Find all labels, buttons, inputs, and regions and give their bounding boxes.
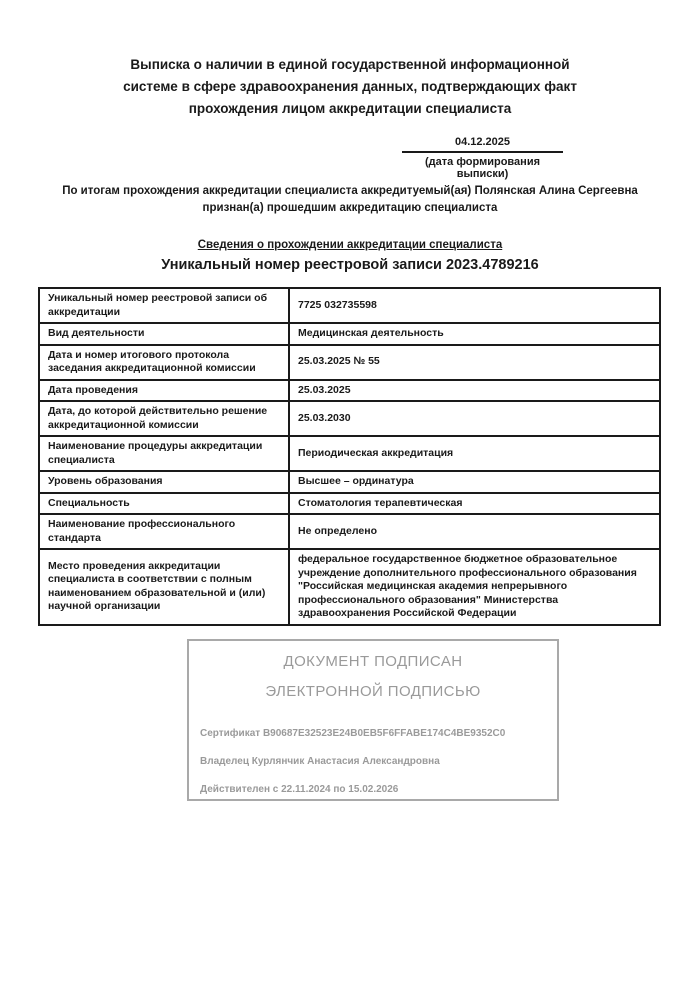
table-row: Дата и номер итогового протокола заседан… (39, 345, 660, 380)
table-row: Наименование процедуры аккредитации спец… (39, 436, 660, 471)
extract-date: 04.12.2025 (402, 136, 563, 153)
row-label: Вид деятельности (39, 323, 289, 345)
row-label: Место проведения аккредитации специалист… (39, 549, 289, 625)
table-row: Специальность Стоматология терапевтическ… (39, 493, 660, 515)
table-row: Уникальный номер реестровой записи об ак… (39, 288, 660, 323)
row-value: федеральное государственное бюджетное об… (289, 549, 660, 625)
table-row: Наименование профессионального стандарта… (39, 514, 660, 549)
signature-validity: Действителен с 22.11.2024 по 15.02.2026 (200, 783, 546, 796)
row-value: 7725 032735598 (289, 288, 660, 323)
intro-line: По итогам прохождения аккредитации специ… (30, 183, 670, 200)
table-row: Уровень образования Высшее – ординатура (39, 471, 660, 493)
document-page: Выписка о наличии в единой государственн… (0, 0, 700, 1000)
row-label: Дата, до которой действительно решение а… (39, 401, 289, 436)
row-label: Дата проведения (39, 380, 289, 402)
registry-number-heading: Уникальный номер реестровой записи 2023.… (0, 257, 700, 273)
row-label: Уровень образования (39, 471, 289, 493)
signature-header-line: ЭЛЕКТРОННОЙ ПОДПИСЬЮ (189, 677, 557, 707)
extract-date-caption: (дата формирования выписки) (402, 153, 563, 180)
row-value: Не определено (289, 514, 660, 549)
table-row: Место проведения аккредитации специалист… (39, 549, 660, 625)
signature-header: ДОКУМЕНТ ПОДПИСАН ЭЛЕКТРОННОЙ ПОДПИСЬЮ (189, 647, 557, 707)
row-label: Дата и номер итогового протокола заседан… (39, 345, 289, 380)
signature-box: ДОКУМЕНТ ПОДПИСАН ЭЛЕКТРОННОЙ ПОДПИСЬЮ С… (187, 639, 559, 801)
row-value: 25.03.2030 (289, 401, 660, 436)
intro-paragraph: По итогам прохождения аккредитации специ… (30, 183, 670, 217)
row-label: Наименование профессионального стандарта (39, 514, 289, 549)
row-label: Уникальный номер реестровой записи об ак… (39, 288, 289, 323)
section-heading: Сведения о прохождении аккредитации спец… (0, 239, 700, 251)
table-row: Вид деятельности Медицинская деятельност… (39, 323, 660, 345)
intro-line: признан(а) прошедшим аккредитацию специа… (30, 200, 670, 217)
document-title-line: системе в сфере здравоохранения данных, … (0, 76, 700, 98)
signature-owner: Владелец Курлянчик Анастасия Александров… (200, 755, 546, 768)
row-label: Специальность (39, 493, 289, 515)
accreditation-table: Уникальный номер реестровой записи об ак… (38, 287, 661, 626)
row-value: 25.03.2025 (289, 380, 660, 402)
signature-header-line: ДОКУМЕНТ ПОДПИСАН (189, 647, 557, 677)
row-value: Высшее – ординатура (289, 471, 660, 493)
row-value: 25.03.2025 № 55 (289, 345, 660, 380)
document-title-line: прохождения лицом аккредитации специалис… (0, 98, 700, 120)
signature-certificate: Сертификат B90687E32523E24B0EB5F6FFABE17… (200, 727, 546, 740)
row-value: Стоматология терапевтическая (289, 493, 660, 515)
document-title-line: Выписка о наличии в единой государственн… (0, 54, 700, 76)
table-row: Дата проведения 25.03.2025 (39, 380, 660, 402)
extract-date-block: 04.12.2025 (дата формирования выписки) (402, 136, 563, 180)
row-label: Наименование процедуры аккредитации спец… (39, 436, 289, 471)
document-title: Выписка о наличии в единой государственн… (0, 54, 700, 120)
row-value: Периодическая аккредитация (289, 436, 660, 471)
signature-details: Сертификат B90687E32523E24B0EB5F6FFABE17… (200, 727, 546, 796)
row-value: Медицинская деятельность (289, 323, 660, 345)
table-row: Дата, до которой действительно решение а… (39, 401, 660, 436)
